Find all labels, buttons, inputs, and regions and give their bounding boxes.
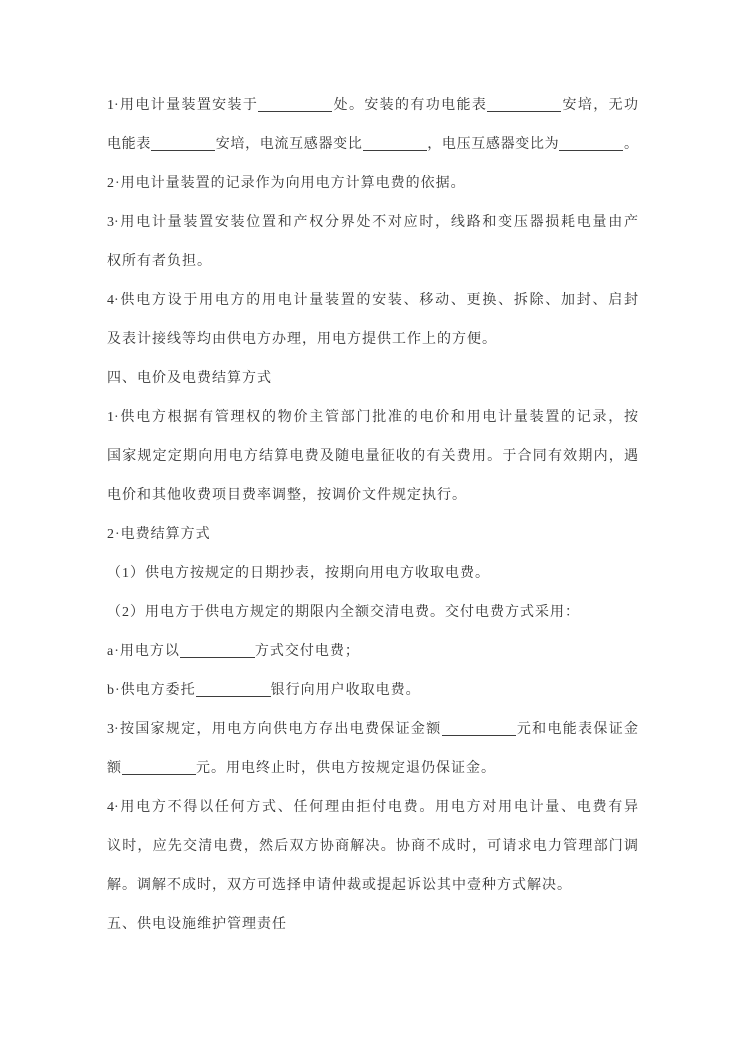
fill-in-blank bbox=[363, 136, 427, 151]
text-segment: 2·电费结算方式 bbox=[107, 527, 211, 542]
fill-in-blank bbox=[559, 136, 623, 151]
text-segment: 方式交付电费； bbox=[255, 644, 360, 659]
document-line: （2）用电方于供电方规定的期限内全额交清电费。交付电费方式采用： bbox=[107, 593, 638, 632]
text-segment: 4·供电方设于用电方的用电计量装置的安装、移动、更换、拆除、加封、启封 bbox=[107, 293, 638, 308]
document-line: 解。调解不成时，双方可选择申请仲裁或提起诉讼其中壹种方式解决。 bbox=[107, 866, 638, 905]
text-segment: 。 bbox=[623, 137, 638, 152]
document-line: 2·电费结算方式 bbox=[107, 515, 638, 554]
fill-in-blank bbox=[442, 721, 516, 736]
text-segment: （2）用电方于供电方规定的期限内全额交清电费。交付电费方式采用： bbox=[107, 605, 580, 620]
document-line: 2·用电计量装置的记录作为向用电方计算电费的依据。 bbox=[107, 164, 638, 203]
text-segment: 4·用电方不得以任何方式、任何理由拒付电费。用电方对用电计量、电费有异 bbox=[107, 800, 638, 815]
document-line: 4·供电方设于用电方的用电计量装置的安装、移动、更换、拆除、加封、启封 bbox=[107, 281, 638, 320]
fill-in-blank bbox=[122, 760, 196, 775]
fill-in-blank bbox=[151, 136, 215, 151]
text-segment: 电能表 bbox=[107, 137, 151, 152]
text-segment: 额 bbox=[107, 761, 122, 776]
text-segment: 电价和其他收费项目费率调整，按调价文件规定执行。 bbox=[107, 488, 467, 503]
fill-in-blank bbox=[196, 682, 271, 697]
document-line: 3·按国家规定，用电方向供电方存出电费保证金额元和电能表保证金 bbox=[107, 710, 638, 749]
text-segment: 元和电能表保证金 bbox=[516, 722, 639, 737]
document-line: 1·用电计量装置安装于处。安装的有功电能表安培，无功 bbox=[107, 86, 638, 125]
text-segment: 权所有者负担。 bbox=[107, 254, 212, 269]
text-segment: 议时，应先交清电费，然后双方协商解决。协商不成时，可请求电力管理部门调 bbox=[107, 839, 638, 854]
text-segment: （1）供电方按规定的日期抄表，按期向用电方收取电费。 bbox=[107, 566, 490, 581]
document-line: 及表计接线等均由供电方办理，用电方提供工作上的方便。 bbox=[107, 320, 638, 359]
text-segment: a·用电方以 bbox=[107, 644, 180, 659]
text-segment: 3·按国家规定，用电方向供电方存出电费保证金额 bbox=[107, 722, 442, 737]
text-segment: 五、供电设施维护管理责任 bbox=[107, 917, 287, 932]
document-line: 议时，应先交清电费，然后双方协商解决。协商不成时，可请求电力管理部门调 bbox=[107, 827, 638, 866]
contract-body: 1·用电计量装置安装于处。安装的有功电能表安培，无功电能表安培，电流互感器变比，… bbox=[107, 86, 638, 944]
document-line: 3·用电计量装置安装位置和产权分界处不对应时，线路和变压器损耗电量由产 bbox=[107, 203, 638, 242]
text-segment: ，电压互感器变比为 bbox=[427, 137, 560, 152]
text-segment: 四、电价及电费结算方式 bbox=[107, 371, 272, 386]
text-segment: 国家规定定期向用电方结算电费及随电量征收的有关费用。于合同有效期内，遇 bbox=[107, 449, 638, 464]
document-line: 五、供电设施维护管理责任 bbox=[107, 905, 638, 944]
document-line: 国家规定定期向用电方结算电费及随电量征收的有关费用。于合同有效期内，遇 bbox=[107, 437, 638, 476]
text-segment: 安培，无功 bbox=[561, 98, 638, 113]
document-line: a·用电方以方式交付电费； bbox=[107, 632, 638, 671]
text-segment: b·供电方委托 bbox=[107, 683, 196, 698]
text-segment: 安培，电流互感器变比 bbox=[215, 137, 362, 152]
text-segment: 银行向用户收取电费。 bbox=[271, 683, 421, 698]
document-line: 1·供电方根据有管理权的物价主管部门批准的电价和用电计量装置的记录，按 bbox=[107, 398, 638, 437]
document-line: 额元。用电终止时，供电方按规定退仍保证金。 bbox=[107, 749, 638, 788]
document-line: 电价和其他收费项目费率调整，按调价文件规定执行。 bbox=[107, 476, 638, 515]
document-line: （1）供电方按规定的日期抄表，按期向用电方收取电费。 bbox=[107, 554, 638, 593]
text-segment: 2·用电计量装置的记录作为向用电方计算电费的依据。 bbox=[107, 176, 466, 191]
fill-in-blank bbox=[487, 97, 561, 112]
document-line: 4·用电方不得以任何方式、任何理由拒付电费。用电方对用电计量、电费有异 bbox=[107, 788, 638, 827]
document-line: b·供电方委托银行向用户收取电费。 bbox=[107, 671, 638, 710]
text-segment: 3·用电计量装置安装位置和产权分界处不对应时，线路和变压器损耗电量由产 bbox=[107, 215, 638, 230]
document-line: 电能表安培，电流互感器变比，电压互感器变比为。 bbox=[107, 125, 638, 164]
contract-page: 1·用电计量装置安装于处。安装的有功电能表安培，无功电能表安培，电流互感器变比，… bbox=[0, 0, 744, 1052]
text-segment: 处。安装的有功电能表 bbox=[332, 98, 487, 113]
text-segment: 1·供电方根据有管理权的物价主管部门批准的电价和用电计量装置的记录，按 bbox=[107, 410, 638, 425]
text-segment: 及表计接线等均由供电方办理，用电方提供工作上的方便。 bbox=[107, 332, 497, 347]
text-segment: 解。调解不成时，双方可选择申请仲裁或提起诉讼其中壹种方式解决。 bbox=[107, 878, 572, 893]
document-line: 权所有者负担。 bbox=[107, 242, 638, 281]
document-line: 四、电价及电费结算方式 bbox=[107, 359, 638, 398]
text-segment: 1·用电计量装置安装于 bbox=[107, 98, 258, 113]
text-segment: 元。用电终止时，供电方按规定退仍保证金。 bbox=[196, 761, 496, 776]
fill-in-blank bbox=[258, 97, 332, 112]
fill-in-blank bbox=[180, 643, 255, 658]
